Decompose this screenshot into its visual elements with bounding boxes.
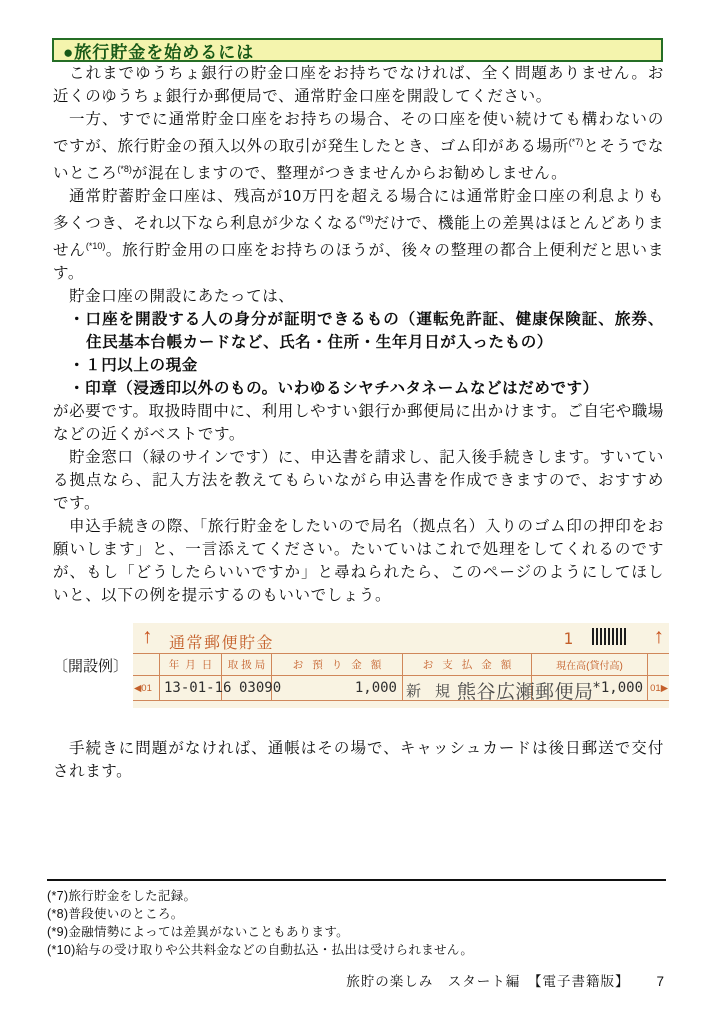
- passbook-entry-print: ◀01 13-01-16 03090 1,000 新 規 熊谷広瀬郵便局 *1,…: [133, 676, 669, 700]
- footnotes-block: (*7)旅行貯金をした記録。(*8)普段使いのところ。(*9)金融情勢によっては…: [47, 879, 666, 959]
- paragraph: これまでゆうちょ銀行の貯金口座をお持ちでなければ、全く問題ありません。お近くのゆ…: [53, 62, 664, 108]
- column-header-office: 取扱局: [221, 654, 271, 675]
- row-date: 13-01-16: [164, 680, 231, 696]
- up-arrow-icon: ↑: [654, 626, 665, 647]
- up-arrow-icon: ↑: [142, 626, 153, 647]
- section-title: ●旅行貯金を始めるには: [63, 38, 254, 63]
- passbook-column-headers: 年月日 取扱局 お預り金額 お支払金額 現在高(貸付高): [133, 653, 669, 676]
- passbook-example-label: 〔開設例〕: [53, 623, 133, 708]
- footnote: (*7)旅行貯金をした記録。: [47, 887, 666, 905]
- footnote-ref: (*10): [86, 241, 106, 251]
- passbook-entry-row: ◀01 13-01-16 03090 1,000 新 規 熊谷広瀬郵便局 *1,…: [133, 676, 669, 701]
- barcode-icon: [592, 628, 628, 645]
- footnote: (*8)普段使いのところ。: [47, 905, 666, 923]
- passbook-image: ↑ 通常郵便貯金 1 ↑ 年月日 取扱局 お預り金額 お支払金額 現在高(貸付高…: [133, 623, 669, 708]
- row-office-code: 03090: [239, 680, 281, 696]
- passbook-example-section: 〔開設例〕 ↑ 通常郵便貯金 1 ↑ 年月日 取扱局 お預り金額 お支払金額 現…: [53, 623, 664, 708]
- post-office-stamp: 熊谷広瀬郵便局: [457, 677, 594, 704]
- list-item: ・口座を開設する人の身分が証明できるもの（運転免許証、健康保険証、旅券、住民基本…: [53, 308, 664, 354]
- row-balance-amount: *1,000: [580, 680, 643, 696]
- paragraph: が必要です。取扱時間中に、利用しやすい銀行か郵便局に出かけます。ご自宅や職場など…: [53, 400, 664, 446]
- flow-top: これまでゆうちょ銀行の貯金口座をお持ちでなければ、全く問題ありません。お近くのゆ…: [53, 62, 664, 607]
- document-page: ●旅行貯金を始めるには これまでゆうちょ銀行の貯金口座をお持ちでなければ、全く問…: [0, 0, 712, 1009]
- footnote-ref: (*8): [117, 164, 132, 174]
- page-number: 7: [656, 974, 665, 989]
- new-account-mark-2: 規: [435, 680, 450, 701]
- column-header-balance: 現在高(貸付高): [531, 654, 647, 675]
- paragraph: 申込手続きの際、「旅行貯金をしたいので局名（拠点名）入りのゴム印の押印をお願いし…: [53, 515, 664, 607]
- section-header-bar: ●旅行貯金を始めるには: [52, 38, 663, 62]
- margin-column: [133, 654, 159, 675]
- paragraph: 一方、すでに通常貯金口座をお持ちの場合、その口座を使い続けても構わないのですが、…: [53, 108, 664, 185]
- row-deposit-amount: 1,000: [331, 680, 397, 696]
- paragraph: 貯金口座の開設にあたっては、: [53, 285, 664, 308]
- passbook-sheet-number: 1: [563, 629, 573, 648]
- footer-title: 旅貯の楽しみ スタート編 【電子書籍版】: [346, 974, 629, 989]
- footnote: (*9)金融情勢によっては差異がないこともあります。: [47, 923, 666, 941]
- list-item: ・印章（浸透印以外のもの。いわゆるシヤチハタネームなどはだめです）: [53, 377, 664, 400]
- footnote: (*10)給与の受け取りや公共料金などの自動払込・払出は受けられません。: [47, 941, 666, 959]
- closing-paragraph: 手続きに問題がなければ、通帳はその場で、キャッシュカードは後日郵送で交付されます…: [53, 737, 664, 783]
- page-footer: 旅貯の楽しみ スタート編 【電子書籍版】7: [0, 970, 665, 990]
- margin-column: [647, 654, 669, 675]
- new-account-mark-1: 新: [406, 680, 421, 701]
- column-header-payment: お支払金額: [402, 654, 531, 675]
- footnote-ref: (*7): [569, 137, 584, 147]
- paragraph: 通常貯蓄貯金口座は、残高が10万円を超える場合には通常貯金口座の利息よりも多くつ…: [53, 185, 664, 285]
- body-flow: これまでゆうちょ銀行の貯金口座をお持ちでなければ、全く問題ありません。お近くのゆ…: [53, 62, 664, 783]
- passbook-title: 通常郵便貯金: [169, 630, 274, 653]
- column-header-date: 年月日: [159, 654, 221, 675]
- footnote-ref: (*9): [359, 214, 374, 224]
- row-left-mark: ◀01: [134, 683, 152, 694]
- paragraph: 貯金窓口（緑のサインです）に、申込書を請求し、記入後手続きします。すいている拠点…: [53, 446, 664, 515]
- column-header-deposit: お預り金額: [271, 654, 402, 675]
- passbook-grid: 年月日 取扱局 お預り金額 お支払金額 現在高(貸付高): [133, 653, 669, 701]
- list-item: ・１円以上の現金: [53, 354, 664, 377]
- row-right-mark: 01▶: [650, 683, 668, 694]
